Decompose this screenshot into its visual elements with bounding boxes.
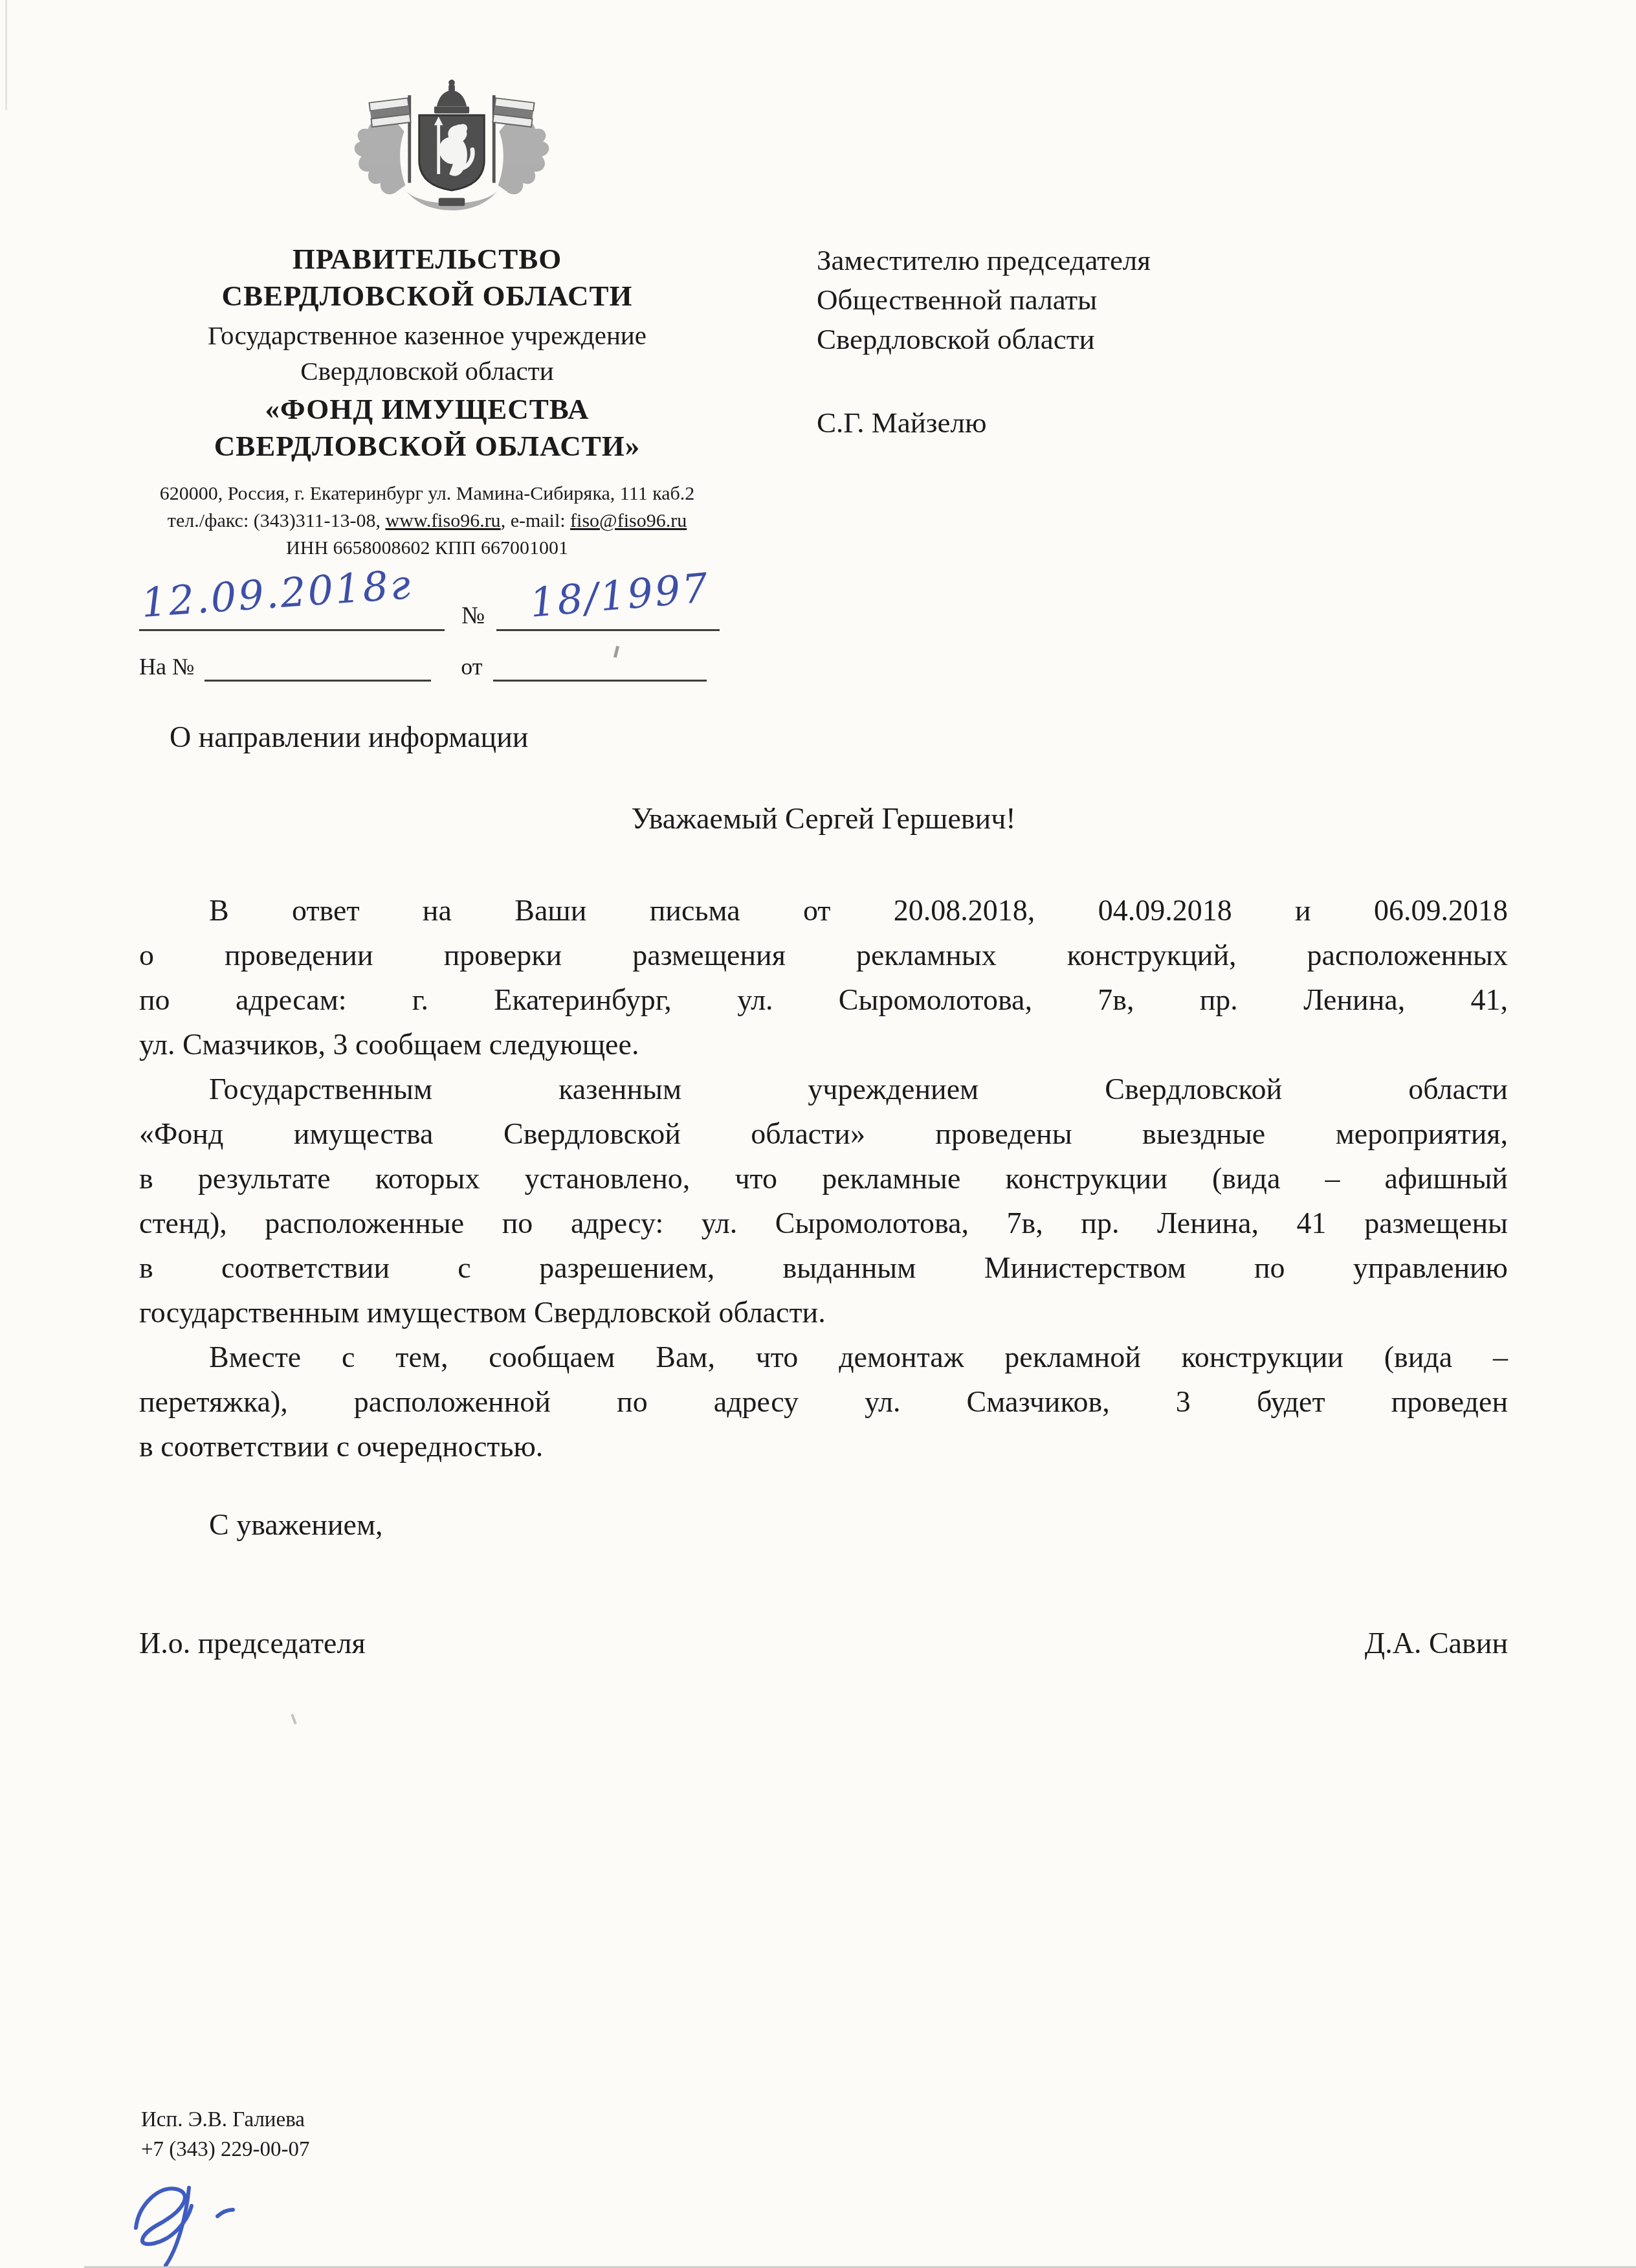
closing-line: С уважением, (139, 1502, 1508, 1547)
signatory-position: И.о. председателя (139, 1626, 366, 1660)
recipient-line1: Заместителю председателя (817, 241, 1151, 280)
letterhead-government-line2: СВЕРДЛОВСКОЙ ОБЛАСТИ (136, 278, 718, 315)
body-line: В ответ на Ваши письма от 20.08.2018, 04… (139, 888, 1508, 933)
letterhead-fund-line2: СВЕРДЛОВСКОЙ ОБЛАСТИ» (136, 428, 718, 465)
reference-block: 12.09.2018г № 18/1997 На № от (139, 570, 806, 682)
signature-row: И.о. председателя Д.А. Савин (139, 1626, 1508, 1660)
body-line: в результате которых установлено, что ре… (139, 1156, 1508, 1201)
reply-date-underline (493, 646, 707, 682)
letterhead-institution-line2: Свердловской области (136, 353, 718, 389)
reply-reference-row: На № от (139, 648, 806, 682)
handwritten-date: 12.09.2018г (140, 561, 414, 627)
body-line: перетяжка), расположенной по адресу ул. … (139, 1379, 1508, 1424)
body-line: в соответствии с разрешением, выданным М… (139, 1245, 1508, 1290)
letterhead-phone-line: тел./факс: (343)311-13-08, www.fiso96.ru… (136, 507, 718, 535)
phone-fax-text: тел./факс: (343)311-13-08, (168, 510, 386, 531)
recipient-block: Заместителю председателя Общественной па… (817, 241, 1151, 443)
letterhead-government-line1: ПРАВИТЕЛЬСТВО (136, 241, 718, 278)
letterhead-fund-line1: «ФОНД ИМУЩЕСТВА (136, 391, 718, 428)
letterhead-contacts: 620000, Россия, г. Екатеринбург ул. Мами… (136, 480, 718, 562)
letterhead: ПРАВИТЕЛЬСТВО СВЕРДЛОВСКОЙ ОБЛАСТИ Госуд… (136, 79, 718, 562)
body-line: ул. Смазчиков, 3 сообщаем следующее. (139, 1022, 1508, 1067)
recipient-line3: Свердловской области (817, 320, 1151, 359)
recipient-line2: Общественной палаты (817, 280, 1151, 320)
salutation-line: Уважаемый Сергей Гершевич! (139, 801, 1508, 836)
number-underline: 18/1997 (496, 568, 720, 631)
body-line: Вместе с тем, сообщаем Вам, что демонтаж… (139, 1335, 1508, 1379)
website-link-text: www.fiso96.ru (386, 510, 501, 531)
body-line: о проведении проверки размещения рекламн… (139, 933, 1508, 977)
scanned-letter-page: ПРАВИТЕЛЬСТВО СВЕРДЛОВСКОЙ ОБЛАСТИ Госуд… (0, 0, 1636, 2268)
body-line: «Фонд имущества Свердловской области» пр… (139, 1111, 1508, 1156)
body-line: Государственным казенным учреждением Све… (139, 1067, 1508, 1111)
letterhead-institution-line1: Государственное казенное учреждение (136, 318, 718, 353)
reply-number-underline (204, 646, 431, 682)
executor-phone: +7 (343) 229-00-07 (141, 2135, 310, 2164)
date-underline: 12.09.2018г (139, 568, 445, 631)
recipient-name: С.Г. Майзелю (817, 403, 1151, 443)
handwritten-signature (116, 2176, 252, 2267)
body-line: в соответствии с очередностью. (139, 1424, 1508, 1469)
body-text: В ответ на Ваши письма от 20.08.2018, 04… (139, 888, 1508, 1547)
date-number-row: 12.09.2018г № 18/1997 (139, 570, 806, 631)
executor-name: Исп. Э.В. Галиева (141, 2105, 310, 2135)
subject-line: О направлении информации (170, 720, 528, 754)
pen-tick-artifact (291, 1714, 296, 1724)
letterhead-address-line: 620000, Россия, г. Екатеринбург ул. Мами… (136, 480, 718, 507)
body-line: стенд), расположенные по адресу: ул. Сыр… (139, 1201, 1508, 1245)
number-sign-label: № (461, 601, 485, 630)
body-paragraph: Государственным казенным учреждением Све… (139, 1067, 1508, 1335)
body-paragraph: Вместе с тем, сообщаем Вам, что демонтаж… (139, 1335, 1508, 1469)
email-link-text: fiso@fiso96.ru (570, 510, 687, 531)
reply-from-label: от (461, 653, 482, 680)
body-line: по адресам: г. Екатеринбург, ул. Сыромол… (139, 977, 1508, 1022)
body-paragraph: В ответ на Ваши письма от 20.08.2018, 04… (139, 888, 1508, 1067)
scan-crease-artifact (5, 0, 7, 110)
handwritten-number: 18/1997 (528, 564, 712, 627)
body-line: государственным имуществом Свердловской … (139, 1290, 1508, 1335)
signatory-name: Д.А. Савин (1365, 1626, 1508, 1660)
email-label-text: , e-mail: (501, 510, 570, 531)
sverdlovsk-coat-of-arms-emblem (345, 79, 558, 229)
letterhead-tax-ids: ИНН 6658008602 КПП 667001001 (136, 535, 718, 562)
executor-block: Исп. Э.В. Галиева +7 (343) 229-00-07 (141, 2105, 310, 2164)
reply-to-label: На № (139, 653, 194, 680)
